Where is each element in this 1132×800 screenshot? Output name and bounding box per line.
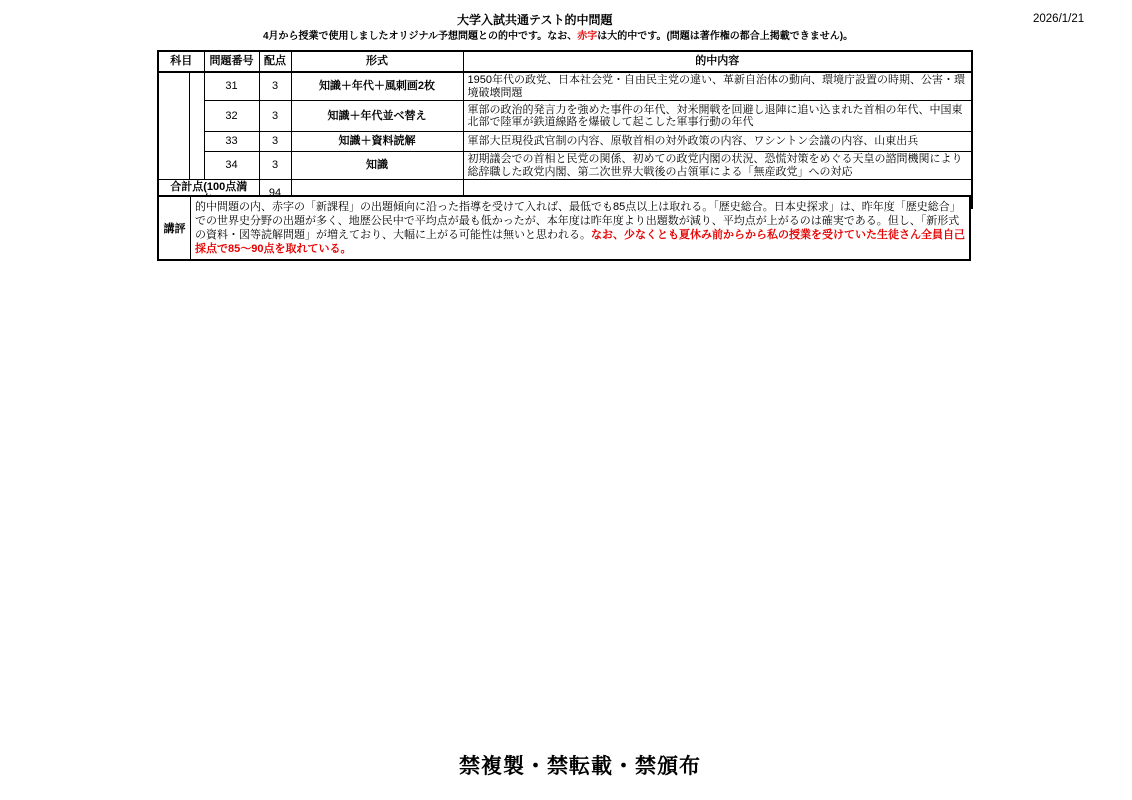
question-number: 33 bbox=[204, 132, 259, 152]
table-header-row: 科目 問題番号 配点 形式 的中内容 bbox=[158, 51, 972, 72]
hit-content-value: 軍部の政治的発言力を強めた事件の年代、対米開戦を回避し退陣に追い込まれた首相の年… bbox=[463, 101, 972, 132]
question-number: 32 bbox=[204, 101, 259, 132]
review-text: 的中問題の内、赤字の「新課程」の出題傾向に沿った指導を受けて入れば、最低でも85… bbox=[191, 197, 969, 259]
hit-table-container: 科目 問題番号 配点 形式 的中内容 31 3 知識＋年代＋風刺画2枚 1950… bbox=[157, 50, 973, 209]
header-subject: 科目 bbox=[158, 51, 204, 72]
points-value: 3 bbox=[259, 152, 291, 180]
document-date: 2026/1/21 bbox=[1033, 13, 1084, 25]
format-value: 知識＋年代＋風刺画2枚 bbox=[291, 72, 463, 101]
points-value: 3 bbox=[259, 132, 291, 152]
header-hit-content: 的中内容 bbox=[463, 51, 972, 72]
hit-content-value: 軍部大臣現役武官制の内容、原敬首相の対外政策の内容、ワシントン会議の内容、山東出… bbox=[463, 132, 972, 152]
subtitle-text-before: 4月から授業で使用しましたオリジナル予想問題との的中です。なお、 bbox=[263, 31, 577, 42]
question-number: 31 bbox=[204, 72, 259, 101]
points-value: 3 bbox=[259, 72, 291, 101]
header-format: 形式 bbox=[291, 51, 463, 72]
table-row: 31 3 知識＋年代＋風刺画2枚 1950年代の政党、日本社会党・自由民主党の違… bbox=[158, 72, 972, 101]
format-value: 知識＋資料読解 bbox=[291, 132, 463, 152]
review-block: 講評 的中問題の内、赤字の「新課程」の出題傾向に沿った指導を受けて入れば、最低で… bbox=[157, 195, 971, 261]
prohibition-notice: 禁複製・禁転載・禁頒布 bbox=[0, 750, 1132, 780]
format-value: 知識＋年代並べ替え bbox=[291, 101, 463, 132]
hit-content-value: 1950年代の政党、日本社会党・自由民主党の違い、革新自治体の動向、環境庁設置の… bbox=[463, 72, 972, 101]
table-row: 33 3 知識＋資料読解 軍部大臣現役武官制の内容、原敬首相の対外政策の内容、ワ… bbox=[158, 132, 972, 152]
points-value: 3 bbox=[259, 101, 291, 132]
hit-table: 科目 問題番号 配点 形式 的中内容 31 3 知識＋年代＋風刺画2枚 1950… bbox=[157, 50, 973, 209]
hit-content-value: 初期議会での首相と民党の関係、初めての政党内閣の状況、恐慌対策をめぐる天皇の諮問… bbox=[463, 152, 972, 180]
subject-cell-right bbox=[189, 72, 204, 180]
subtitle-text-after: は大的中です。(問題は著作権の都合上掲載できません)。 bbox=[597, 31, 853, 42]
page-subtitle: 4月から授業で使用しましたオリジナル予想問題との的中です。なお、赤字は大的中です… bbox=[263, 27, 853, 42]
table-row: 34 3 知識 初期議会での首相と民党の関係、初めての政党内閣の状況、恐慌対策を… bbox=[158, 152, 972, 180]
format-value: 知識 bbox=[291, 152, 463, 180]
subtitle-red-word: 赤字 bbox=[577, 31, 597, 42]
header-question-number: 問題番号 bbox=[204, 51, 259, 72]
question-number: 34 bbox=[204, 152, 259, 180]
page-title: 大学入試共通テスト的中問題 bbox=[457, 11, 613, 28]
review-label: 講評 bbox=[159, 197, 191, 259]
subject-cell-left bbox=[158, 72, 189, 180]
header-points: 配点 bbox=[259, 51, 291, 72]
table-row: 32 3 知識＋年代並べ替え 軍部の政治的発言力を強めた事件の年代、対米開戦を回… bbox=[158, 101, 972, 132]
